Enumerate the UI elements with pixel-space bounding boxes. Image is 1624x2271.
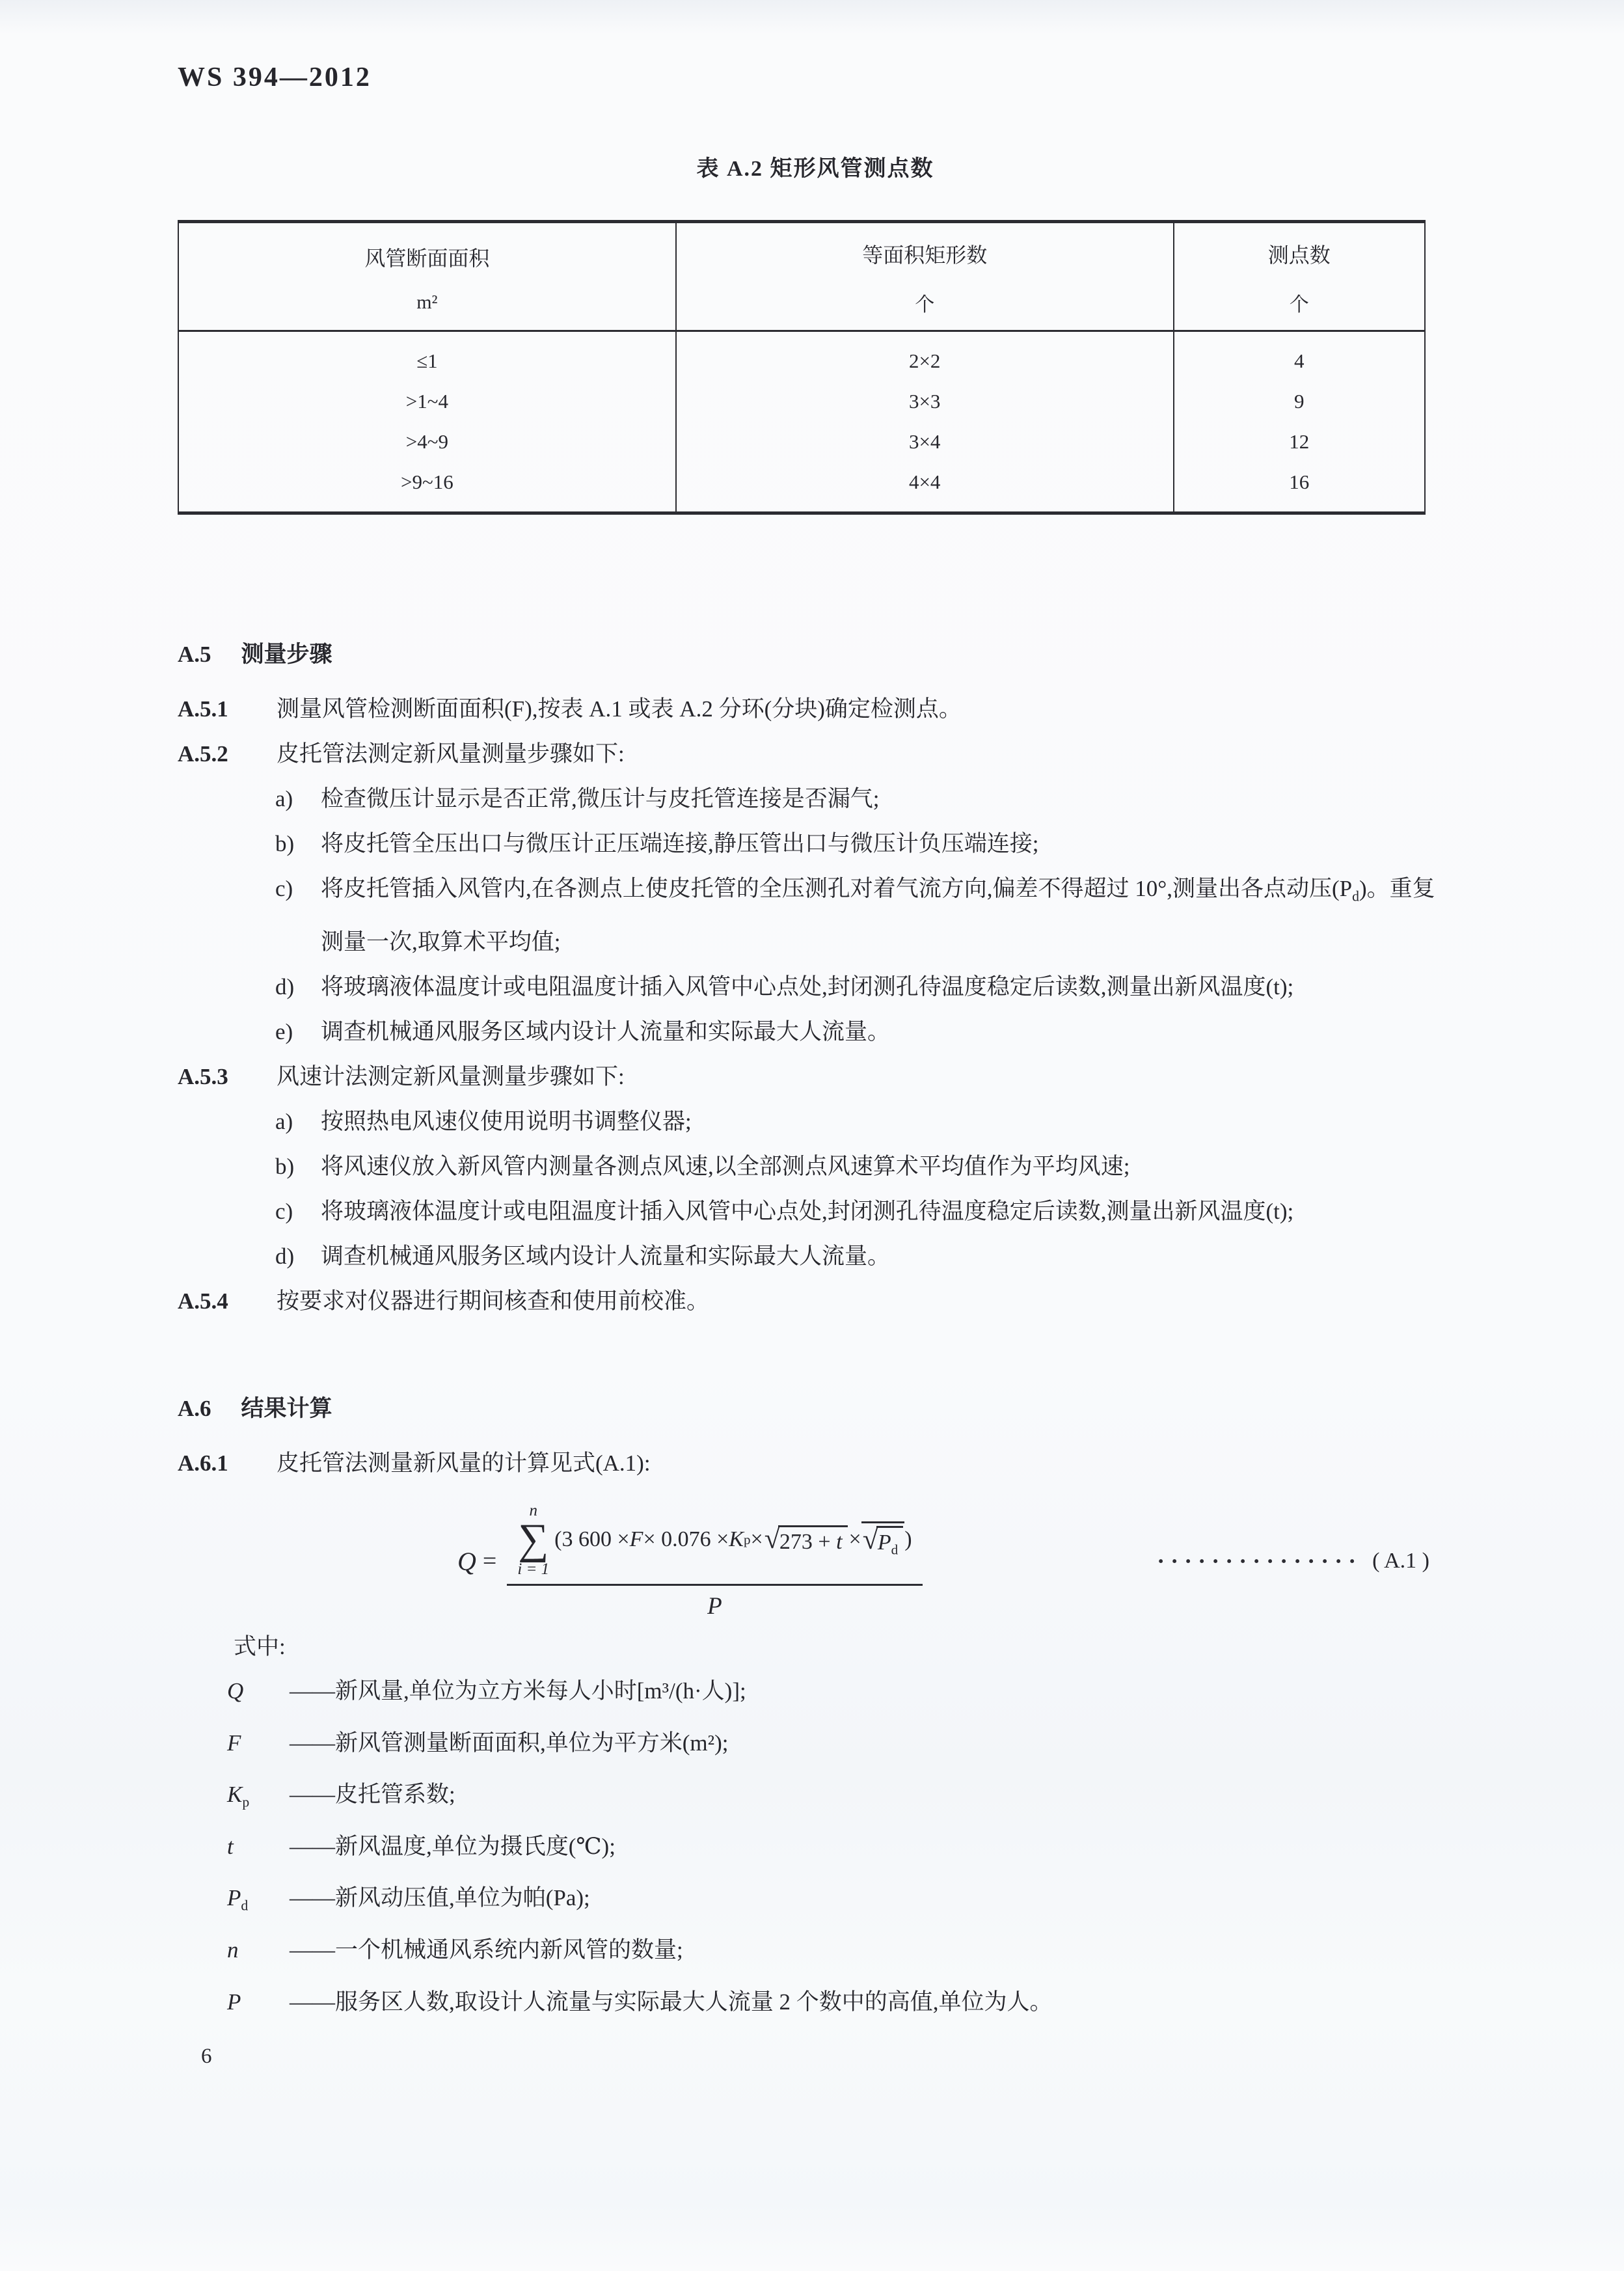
definition-text: ——一个机械通风系统内新风管的数量;	[290, 1928, 1453, 1980]
cell-rects: 3×4	[676, 422, 1174, 462]
radical-sign: √	[863, 1525, 878, 1554]
item-text: 将皮托管全压出口与微压计正压端连接,静压管出口与微压计负压端连接;	[321, 821, 1453, 866]
table-row: >4~9 3×4 12	[178, 422, 1425, 462]
symbol-letter: t	[227, 1834, 234, 1859]
list-item-a52-a: a) 检查微压计显示是否正常,微压计与皮托管连接是否漏气;	[178, 776, 1453, 821]
equals-sign: =	[483, 1547, 496, 1575]
equation-tail: ··············· ( A.1 )	[1157, 1547, 1440, 1575]
list-item-a53-c: c) 将玻璃液体温度计或电阻温度计插入风管中心点处,封闭测孔待温度稳定后读数,测…	[178, 1189, 1453, 1234]
cell-rects: 4×4	[676, 462, 1174, 513]
table-row: >9~16 4×4 16	[178, 462, 1425, 513]
clause-number: A.6.1	[178, 1441, 277, 1486]
measurement-points-table: 风管断面面积 m² 等面积矩形数 个 测点数 个 ≤1 2×2	[178, 220, 1426, 515]
column-unit: 个	[677, 288, 1173, 317]
clause-number: A.5.2	[178, 731, 277, 776]
item-text: 将皮托管插入风管内,在各测点上使皮托管的全压测孔对着气流方向,偏差不得超过 10…	[321, 866, 1453, 964]
cell-area: >4~9	[178, 422, 676, 462]
section-heading-a6: A.6 结果计算	[178, 1394, 1453, 1424]
denominator: P	[707, 1586, 722, 1620]
cell-rects: 3×3	[676, 381, 1174, 422]
item-label: b)	[275, 1144, 321, 1189]
symbol: Q	[227, 1669, 290, 1721]
definitions-intro: 式中:	[178, 1624, 1453, 1669]
definition-Q: Q ——新风量,单位为立方米每人小时[m³/(h·人)];	[178, 1669, 1453, 1721]
subscript: d	[891, 1542, 899, 1557]
item-label: c)	[275, 1189, 321, 1234]
sigma-symbol: ∑	[518, 1520, 548, 1558]
list-item-a52-e: e) 调查机械通风服务区域内设计人流量和实际最大人流量。	[178, 1009, 1453, 1054]
mean-overline: √Pd	[861, 1521, 904, 1558]
list-item-a53-a: a) 按照热电风速仪使用说明书调整仪器;	[178, 1099, 1453, 1144]
definition-text: ——新风动压值,单位为帕(Pa);	[290, 1876, 1453, 1928]
cell-points: 4	[1174, 331, 1425, 382]
column-title: 风管断面面积	[179, 242, 675, 272]
clause-text: 皮托管法测量新风量的计算见式(A.1):	[277, 1441, 1453, 1486]
variable-K: K	[729, 1527, 744, 1552]
clause-text: 皮托管法测定新风量测量步骤如下:	[277, 731, 1453, 776]
column-header-equal-rectangles: 等面积矩形数 个	[676, 222, 1174, 331]
square-root: √273 + t	[765, 1525, 848, 1555]
symbol: P	[227, 1980, 290, 2032]
symbol-letter: F	[227, 1730, 241, 1756]
radicand: Pd	[876, 1526, 903, 1558]
item-text: 按照热电风速仪使用说明书调整仪器;	[321, 1099, 1453, 1144]
section-number: A.6	[178, 1394, 211, 1424]
clause-a51: A.5.1 测量风管检测断面面积(F),按表 A.1 或表 A.2 分环(分块)…	[178, 687, 1453, 731]
section-title: 测量步骤	[241, 640, 332, 670]
numerator-text: )	[904, 1527, 912, 1552]
table-header: 风管断面面积 m² 等面积矩形数 个 测点数 个	[178, 222, 1425, 331]
numerator-text: ×	[849, 1527, 861, 1552]
clause-number: A.5.3	[178, 1054, 277, 1099]
sum-lower-limit: i = 1	[517, 1561, 549, 1577]
definition-F: F ——新风管测量断面面积,单位为平方米(m²);	[178, 1721, 1453, 1773]
list-item-a53-d: d) 调查机械通风服务区域内设计人流量和实际最大人流量。	[178, 1234, 1453, 1279]
section-number: A.5	[178, 640, 211, 670]
page-number: 6	[178, 2045, 1453, 2069]
symbol-letter: n	[227, 1937, 239, 1963]
column-title: 等面积矩形数	[677, 239, 1173, 269]
definition-t: t ——新风温度,单位为摄氏度(℃);	[178, 1825, 1453, 1877]
item-label: e)	[275, 1009, 321, 1054]
definition-text: ——新风管测量断面面积,单位为平方米(m²);	[290, 1721, 1453, 1773]
definition-text: ——新风温度,单位为摄氏度(℃);	[290, 1825, 1453, 1877]
page-content: WS 394—2012 表 A.2 矩形风管测点数 风管断面面积 m² 等面积矩…	[178, 0, 1453, 2069]
fraction: n ∑ i = 1 (3 600 × F × 0.076 × Kp × √273…	[507, 1503, 922, 1620]
radicand: 273 + t	[778, 1525, 848, 1555]
definition-n: n ——一个机械通风系统内新风管的数量;	[178, 1928, 1453, 1980]
cell-points: 12	[1174, 422, 1425, 462]
variable-F: F	[630, 1527, 643, 1552]
clause-text: 风速计法测定新风量测量步骤如下:	[277, 1054, 1453, 1099]
list-item-a52-c: c) 将皮托管插入风管内,在各测点上使皮托管的全压测孔对着气流方向,偏差不得超过…	[178, 866, 1453, 964]
subscript: p	[744, 1532, 751, 1548]
standard-number-header: WS 394—2012	[178, 62, 1453, 93]
formula-lhs: Q	[457, 1546, 476, 1577]
symbol-letter: P	[227, 1989, 241, 2015]
square-root: √Pd	[863, 1526, 903, 1558]
definition-Kp: Kp ——皮托管系数;	[178, 1773, 1453, 1825]
subscript: d	[1352, 889, 1359, 904]
symbol: n	[227, 1928, 290, 1980]
variable-t: t	[836, 1530, 842, 1554]
document-page: WS 394—2012 表 A.2 矩形风管测点数 风管断面面积 m² 等面积矩…	[0, 0, 1624, 2271]
cell-area: ≤1	[178, 331, 676, 382]
definition-P: P ——服务区人数,取设计人流量与实际最大人流量 2 个数中的高值,单位为人。	[178, 1980, 1453, 2032]
radicand-text: 273 +	[779, 1530, 836, 1554]
symbol-subscript: d	[241, 1898, 248, 1914]
symbol: t	[227, 1825, 290, 1877]
variable-P: P	[878, 1530, 891, 1555]
table-row: ≤1 2×2 4	[178, 331, 1425, 382]
numerator: n ∑ i = 1 (3 600 × F × 0.076 × Kp × √273…	[507, 1503, 922, 1584]
table-row: >1~4 3×3 9	[178, 381, 1425, 422]
definition-text: ——新风量,单位为立方米每人小时[m³/(h·人)];	[290, 1669, 1453, 1721]
table-body: ≤1 2×2 4 >1~4 3×3 9 >4~9 3×4 12 >9~16 4×…	[178, 331, 1425, 513]
clause-a52: A.5.2 皮托管法测定新风量测量步骤如下:	[178, 731, 1453, 776]
clause-a61: A.6.1 皮托管法测量新风量的计算见式(A.1):	[178, 1441, 1453, 1486]
list-item-a52-b: b) 将皮托管全压出口与微压计正压端连接,静压管出口与微压计负压端连接;	[178, 821, 1453, 866]
clause-text: 测量风管检测断面面积(F),按表 A.1 或表 A.2 分环(分块)确定检测点。	[277, 687, 1453, 731]
cell-area: >9~16	[178, 462, 676, 513]
symbol-letter: P	[227, 1885, 241, 1911]
numerator-text: (3 600 ×	[554, 1527, 630, 1552]
equation-number: ( A.1 )	[1372, 1549, 1429, 1573]
item-text: 将玻璃液体温度计或电阻温度计插入风管中心点处,封闭测孔待温度稳定后读数,测量出新…	[321, 1189, 1453, 1234]
item-text: 将玻璃液体温度计或电阻温度计插入风管中心点处,封闭测孔待温度稳定后读数,测量出新…	[321, 964, 1453, 1009]
leader-dots: ···············	[1157, 1547, 1362, 1575]
column-title: 测点数	[1174, 239, 1424, 269]
numerator-text: ×	[751, 1527, 763, 1552]
numerator-text: × 0.076 ×	[643, 1527, 729, 1552]
symbol-subscript: p	[242, 1795, 249, 1810]
symbol-letter: K	[227, 1782, 242, 1807]
column-unit: 个	[1174, 288, 1424, 317]
clause-number: A.5.4	[178, 1279, 277, 1324]
item-text: 调查机械通风服务区域内设计人流量和实际最大人流量。	[321, 1234, 1453, 1279]
cell-area: >1~4	[178, 381, 676, 422]
radical-sign: √	[765, 1525, 780, 1553]
definition-text: ——皮托管系数;	[290, 1773, 1453, 1825]
item-label: d)	[275, 964, 321, 1009]
list-item-a52-d: d) 将玻璃液体温度计或电阻温度计插入风管中心点处,封闭测孔待温度稳定后读数,测…	[178, 964, 1453, 1009]
item-label: d)	[275, 1234, 321, 1279]
cell-points: 16	[1174, 462, 1425, 513]
clause-a54: A.5.4 按要求对仪器进行期间核查和使用前校准。	[178, 1279, 1453, 1324]
clause-text: 按要求对仪器进行期间核查和使用前校准。	[277, 1279, 1453, 1324]
symbol-letter: Q	[227, 1678, 243, 1704]
section-title: 结果计算	[241, 1394, 332, 1424]
item-label: c)	[275, 866, 321, 964]
column-unit: m²	[179, 292, 675, 314]
column-header-points-count: 测点数 个	[1174, 222, 1425, 331]
item-text-part: 将皮托管插入风管内,在各测点上使皮托管的全压测孔对着气流方向,偏差不得超过 10…	[321, 876, 1352, 901]
item-label: a)	[275, 1099, 321, 1144]
column-header-duct-area: 风管断面面积 m²	[178, 222, 676, 331]
cell-rects: 2×2	[676, 331, 1174, 382]
item-text: 调查机械通风服务区域内设计人流量和实际最大人流量。	[321, 1009, 1453, 1054]
summation: n ∑ i = 1	[517, 1503, 549, 1577]
item-label: a)	[275, 776, 321, 821]
symbol: Pd	[227, 1876, 290, 1928]
formula-a1: Q = n ∑ i = 1 (3 600 × F × 0.076 × Kp × …	[457, 1503, 1440, 1620]
section-heading-a5: A.5 测量步骤	[178, 640, 1453, 670]
definition-text: ——服务区人数,取设计人流量与实际最大人流量 2 个数中的高值,单位为人。	[290, 1980, 1453, 2032]
table-caption: 表 A.2 矩形风管测点数	[178, 150, 1453, 182]
clause-number: A.5.1	[178, 687, 277, 731]
symbol: F	[227, 1721, 290, 1773]
cell-points: 9	[1174, 381, 1425, 422]
item-text: 检查微压计显示是否正常,微压计与皮托管连接是否漏气;	[321, 776, 1453, 821]
symbol: Kp	[227, 1773, 290, 1825]
item-text: 将风速仪放入新风管内测量各测点风速,以全部测点风速算术平均值作为平均风速;	[321, 1144, 1453, 1189]
definition-Pd: Pd ——新风动压值,单位为帕(Pa);	[178, 1876, 1453, 1928]
item-label: b)	[275, 821, 321, 866]
clause-a53: A.5.3 风速计法测定新风量测量步骤如下:	[178, 1054, 1453, 1099]
list-item-a53-b: b) 将风速仪放入新风管内测量各测点风速,以全部测点风速算术平均值作为平均风速;	[178, 1144, 1453, 1189]
